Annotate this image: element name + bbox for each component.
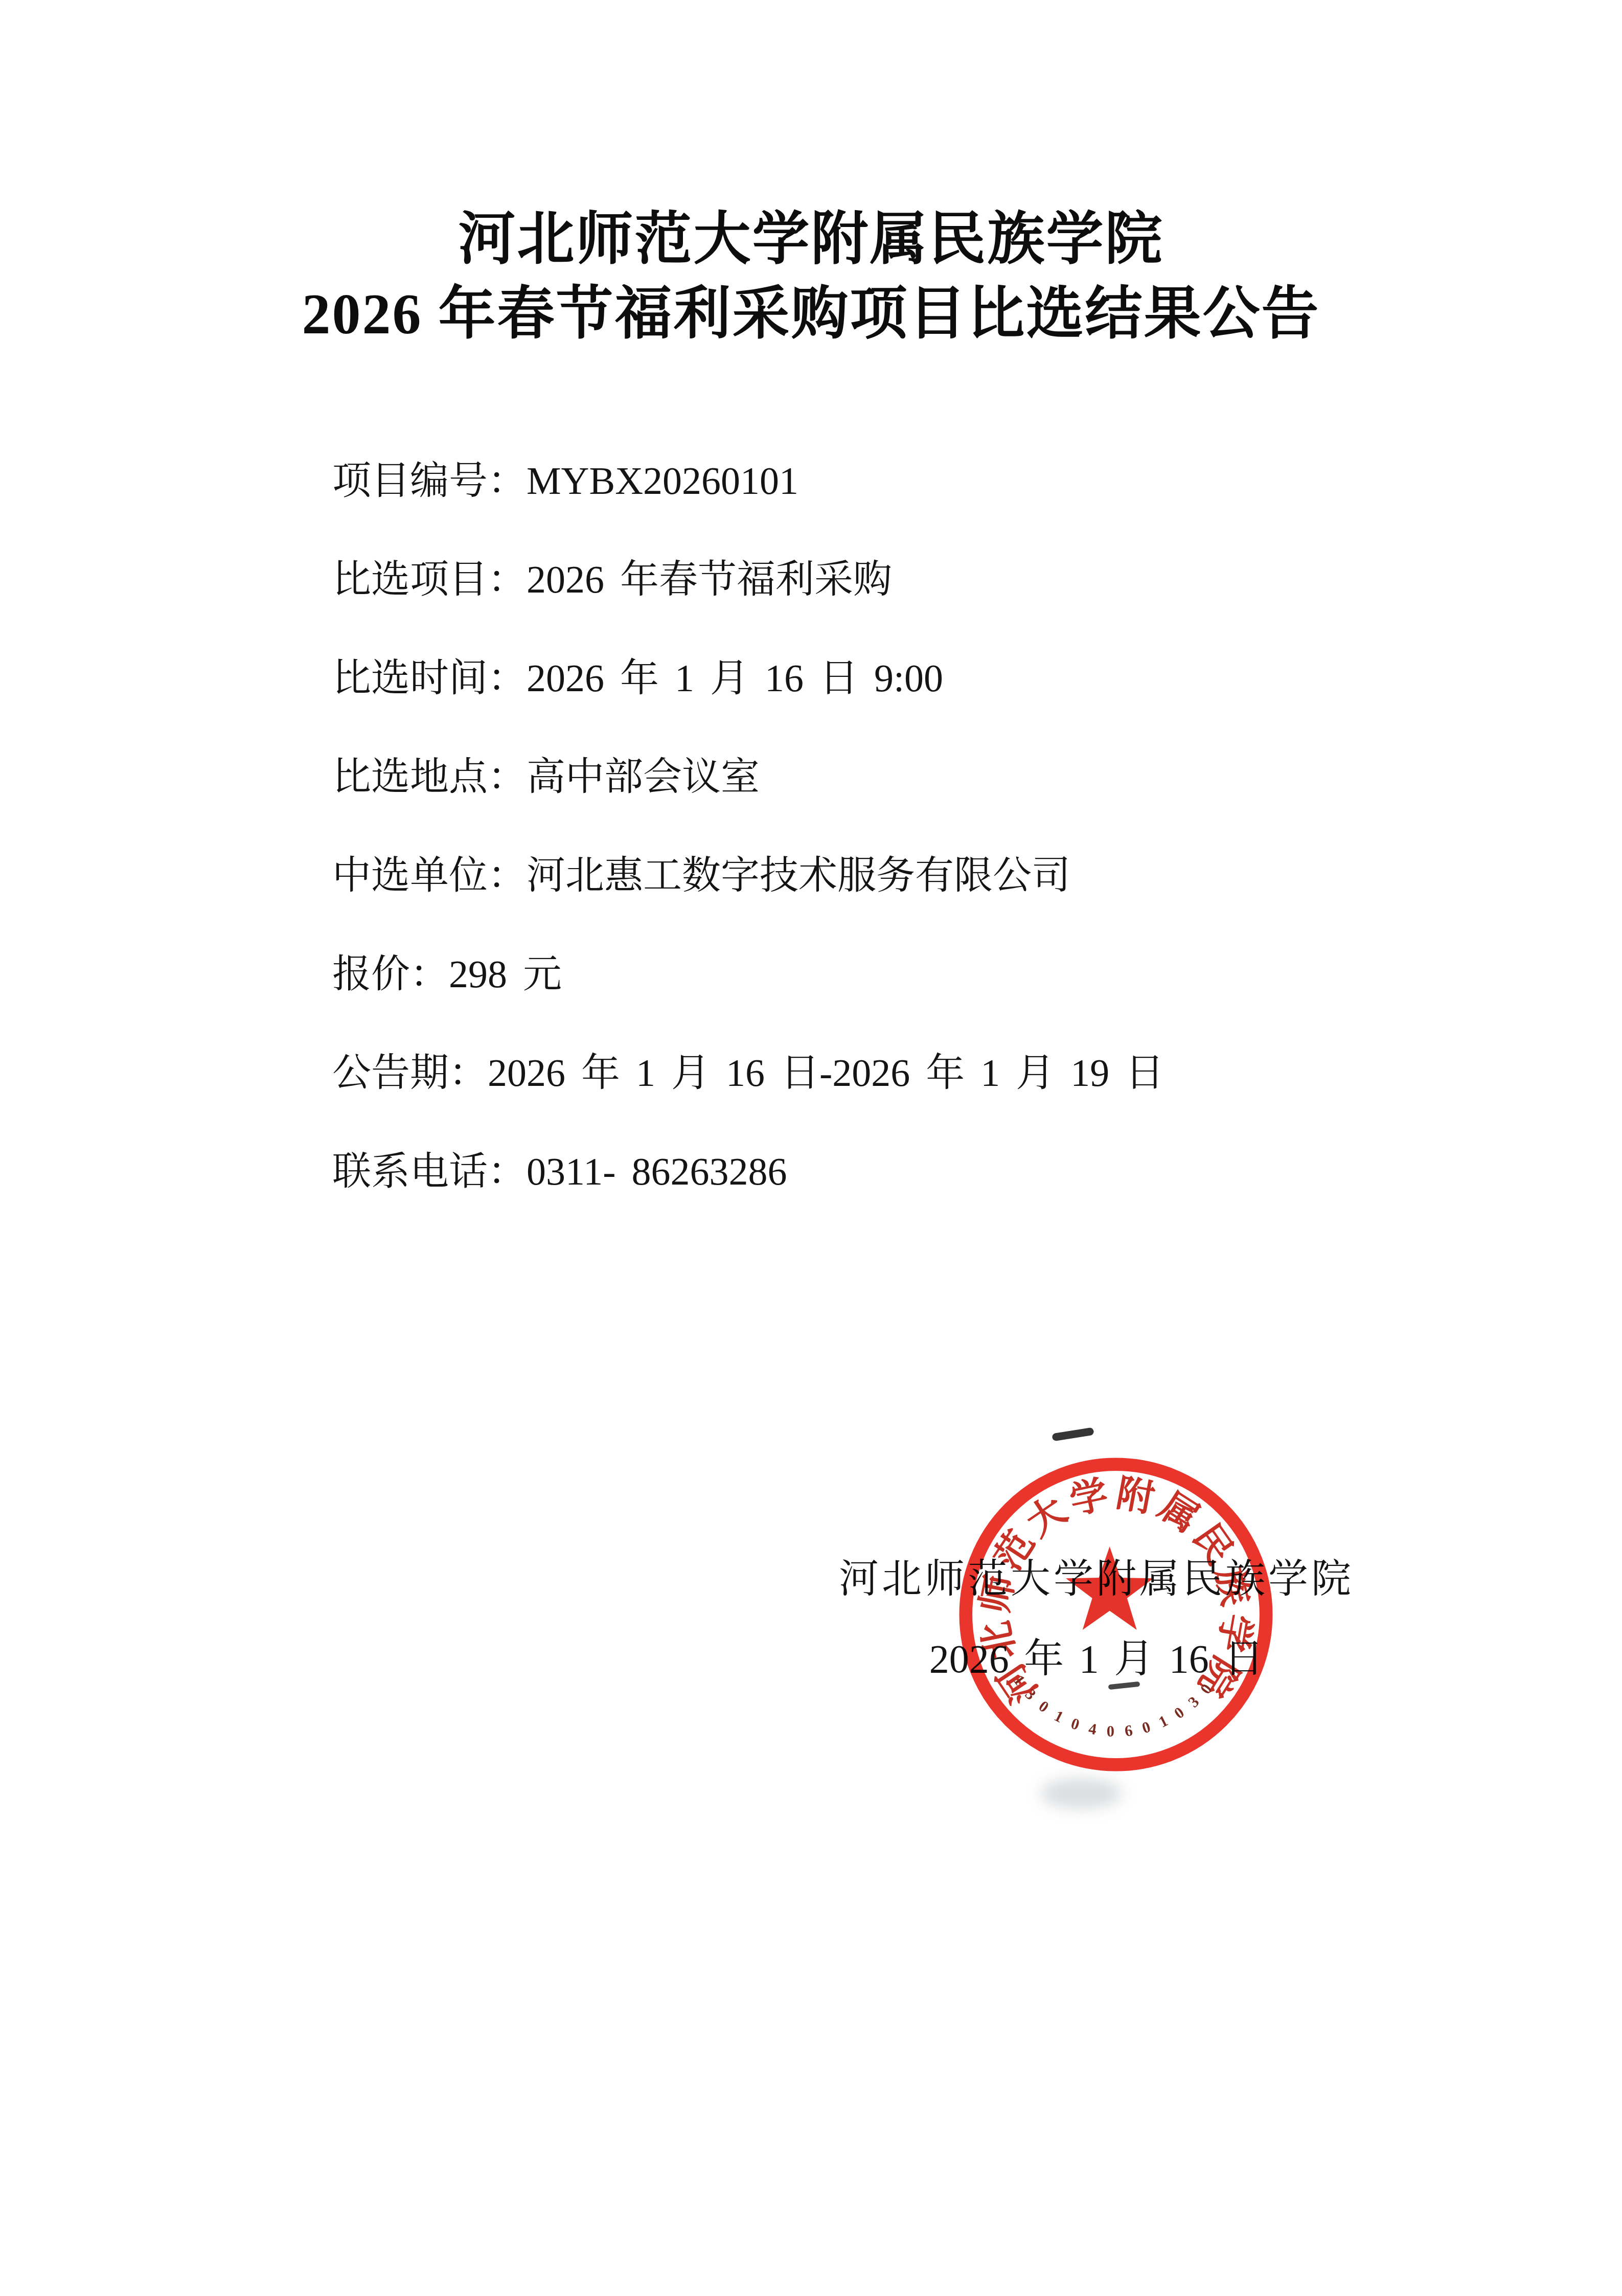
field-label: 公告期： — [332, 1052, 488, 1095]
field-row-project: 比选项目：2026 年春节福利采购 — [332, 531, 1520, 629]
field-label: 报价： — [332, 953, 449, 996]
official-seal-stamp: 河北师范大学附属民族学院 1301040601030 — [959, 1458, 1273, 1771]
field-value: 2026 年 1 月 16 日 9:00 — [527, 657, 943, 700]
field-value: MYBX20260101 — [527, 460, 798, 503]
scan-artifact-mark — [1052, 1427, 1094, 1442]
seal-star-icon — [1066, 1547, 1153, 1630]
field-value: 0311- 86263286 — [527, 1150, 787, 1193]
title-block: 河北师范大学附属民族学院 2026 年春节福利采购项目比选结果公告 — [0, 202, 1622, 352]
field-label: 中选单位： — [332, 854, 527, 897]
field-label: 比选地点： — [332, 756, 527, 799]
fields-list: 项目编号：MYBX20260101 比选项目：2026 年春节福利采购 比选时间… — [332, 432, 1520, 1221]
field-row-location: 比选地点：高中部会议室 — [332, 728, 1520, 827]
field-value: 298 元 — [449, 953, 562, 996]
field-row-announcement-period: 公告期：2026 年 1 月 16 日-2026 年 1 月 19 日 — [332, 1024, 1520, 1123]
field-row-time: 比选时间：2026 年 1 月 16 日 9:00 — [332, 629, 1520, 728]
field-label: 联系电话： — [332, 1150, 527, 1193]
field-value: 高中部会议室 — [527, 756, 760, 799]
field-row-phone: 联系电话：0311- 86263286 — [332, 1123, 1520, 1221]
field-row-project-number: 项目编号：MYBX20260101 — [332, 432, 1520, 531]
document-page: 河北师范大学附属民族学院 2026 年春节福利采购项目比选结果公告 项目编号：M… — [0, 0, 1622, 2296]
field-label: 比选项目： — [332, 558, 527, 601]
field-row-price: 报价：298 元 — [332, 925, 1520, 1024]
title-line-2: 2026 年春节福利采购项目比选结果公告 — [0, 277, 1622, 352]
field-value: 河北惠工数字技术服务有限公司 — [527, 854, 1070, 897]
field-label: 比选时间： — [332, 657, 527, 700]
field-value: 2026 年 1 月 16 日-2026 年 1 月 19 日 — [488, 1052, 1164, 1095]
field-row-winner: 中选单位：河北惠工数字技术服务有限公司 — [332, 827, 1520, 925]
title-line-1: 河北师范大学附属民族学院 — [0, 202, 1622, 277]
field-value: 2026 年春节福利采购 — [527, 558, 892, 601]
field-label: 项目编号： — [332, 460, 527, 503]
scan-smudge — [1040, 1778, 1122, 1809]
